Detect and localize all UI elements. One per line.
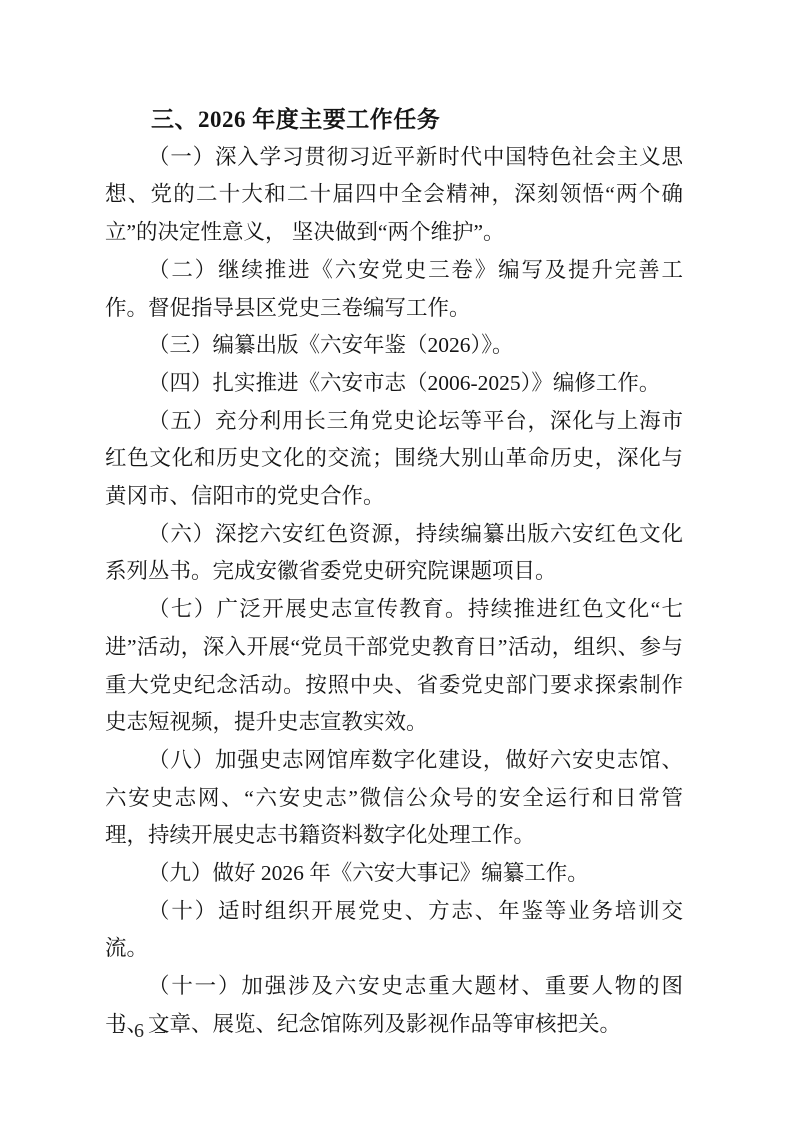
paragraph-2: （二）继续推进《六安党史三卷》编写及提升完善工作。督促指导县区党史三卷编写工作。 — [105, 252, 683, 327]
section-heading: 三、2026 年度主要工作任务 — [105, 101, 683, 139]
document-body: 三、2026 年度主要工作任务 （一）深入学习贯彻习近平新时代中国特色社会主义思… — [105, 101, 683, 1044]
paragraph-6: （六）深挖六安红色资源，持续编纂出版六安红色文化系列丛书。完成安徽省委党史研究院… — [105, 516, 683, 591]
paragraph-1: （一）深入学习贯彻习近平新时代中国特色社会主义思想、党的二十大和二十届四中全会精… — [105, 139, 683, 252]
page-number: – 6 – — [113, 1020, 168, 1043]
paragraph-3: （三）编纂出版《六安年鉴（2026）》。 — [105, 327, 683, 365]
document-page: 三、2026 年度主要工作任务 （一）深入学习贯彻习近平新时代中国特色社会主义思… — [0, 0, 793, 1122]
paragraph-4: （四）扎实推进《六安市志（2006-2025）》编修工作。 — [105, 365, 683, 403]
paragraph-5: （五）充分利用长三角党史论坛等平台，深化与上海市红色文化和历史文化的交流；围绕大… — [105, 403, 683, 516]
paragraph-9: （九）做好 2026 年《六安大事记》编纂工作。 — [105, 855, 683, 893]
paragraph-7: （七）广泛开展史志宣传教育。持续推进红色文化“七进”活动，深入开展“党员干部党史… — [105, 591, 683, 742]
paragraph-8: （八）加强史志网馆库数字化建设，做好六安史志馆、六安史志网、“六安史志”微信公众… — [105, 742, 683, 855]
paragraph-10: （十）适时组织开展党史、方志、年鉴等业务培训交流。 — [105, 893, 683, 968]
paragraph-11: （十一）加强涉及六安史志重大题材、重要人物的图书、文章、展览、纪念馆陈列及影视作… — [105, 968, 683, 1043]
